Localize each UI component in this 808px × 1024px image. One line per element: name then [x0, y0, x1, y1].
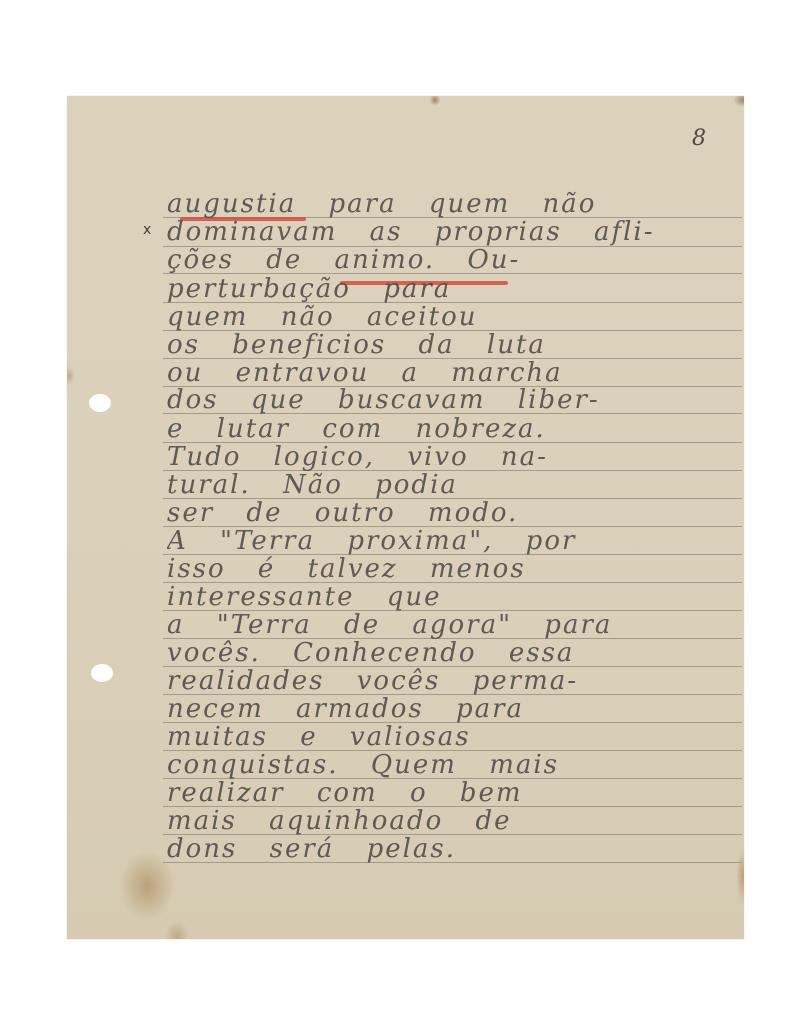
text-line: dominavam as proprias afli- — [167, 218, 747, 246]
text-line: mais aquinhoado de — [167, 807, 747, 835]
text-line: a "Terra de agora" para — [167, 611, 747, 639]
text-line: realidades vocês perma- — [167, 667, 747, 695]
text-line: ções de animo. Ou- — [167, 246, 747, 274]
text-line: ou entravou a marcha — [167, 359, 747, 387]
page-number: 8 — [692, 126, 706, 151]
text-line: interessante que — [167, 583, 747, 611]
text-line: isso é talvez menos — [167, 555, 747, 583]
text-line: ser de outro modo. — [167, 499, 747, 527]
manuscript-page: 8 x augustia para quem não dominavam as … — [67, 96, 744, 939]
text-line: perturbação para — [167, 275, 747, 303]
punch-hole-top — [89, 394, 111, 412]
margin-x-mark: x — [143, 222, 151, 238]
text-line: necem armados para — [167, 695, 747, 723]
text-line: vocês. Conhecendo essa — [167, 639, 747, 667]
text-line: conquistas. Quem mais — [167, 751, 747, 779]
text-line: tural. Não podia — [167, 471, 747, 499]
text-line: muitas e valiosas — [167, 723, 747, 751]
text-line: realizar com o bem — [167, 779, 747, 807]
text-line: augustia para quem não — [167, 190, 747, 218]
punch-hole-bottom — [91, 664, 113, 682]
text-line: A "Terra proxima", por — [167, 527, 747, 555]
text-line: os beneficios da luta — [167, 331, 747, 359]
text-line: Tudo logico, vivo na- — [167, 443, 747, 471]
text-line: dons será pelas. — [167, 835, 747, 863]
text-line: quem não aceitou — [167, 303, 747, 331]
text-line: e lutar com nobreza. — [167, 415, 747, 443]
text-line: dos que buscavam liber- — [167, 386, 747, 414]
